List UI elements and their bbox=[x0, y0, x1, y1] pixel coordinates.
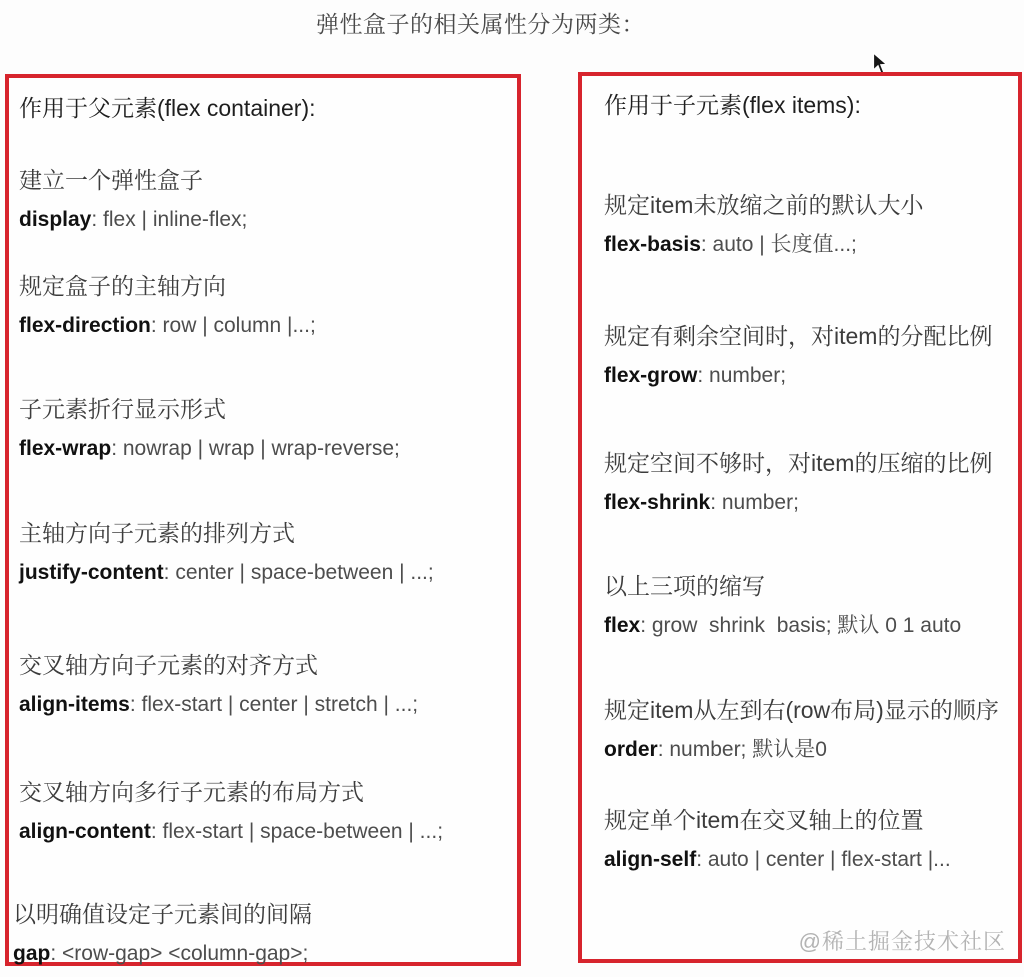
property-description: 交叉轴方向多行子元素的布局方式 bbox=[19, 772, 515, 812]
property-description: 规定空间不够时，对item的压缩的比例 bbox=[604, 443, 1016, 483]
property-description: 建立一个弹性盒子 bbox=[19, 160, 515, 200]
property-code: order: number; 默认是0 bbox=[604, 730, 1016, 770]
panel-header: 作用于父元素(flex container): bbox=[19, 93, 515, 123]
property-description: 规定盒子的主轴方向 bbox=[19, 266, 515, 306]
property-values: : flex-start | center | stretch | ...; bbox=[130, 693, 418, 716]
property-name: flex-basis bbox=[604, 233, 701, 256]
property-group-flex-wrap: 子元素折行显示形式 flex-wrap: nowrap | wrap | wra… bbox=[19, 389, 515, 469]
property-name: flex-shrink bbox=[604, 491, 710, 514]
property-values: : grow shrink basis; 默认 0 1 auto bbox=[640, 614, 961, 637]
property-name: align-self bbox=[604, 848, 696, 871]
property-code: gap: <row-gap> <column-gap>; bbox=[13, 934, 515, 974]
property-code: flex-direction: row | column |...; bbox=[19, 306, 515, 346]
property-group-align-items: 交叉轴方向子元素的对齐方式 align-items: flex-start | … bbox=[19, 645, 515, 725]
property-name: flex-direction bbox=[19, 314, 151, 337]
property-code: align-items: flex-start | center | stret… bbox=[19, 685, 515, 725]
property-group-gap: 以明确值设定子元素间的间隔 gap: <row-gap> <column-gap… bbox=[13, 894, 515, 974]
property-values: : flex-start | space-between | ...; bbox=[151, 820, 443, 843]
watermark: @稀土掘金技术社区 bbox=[799, 925, 1006, 956]
property-values: : center | space-between | ...; bbox=[164, 561, 434, 584]
property-values: : auto | center | flex-start |... bbox=[696, 848, 950, 871]
property-code: justify-content: center | space-between … bbox=[19, 553, 515, 593]
property-name: flex-grow bbox=[604, 364, 697, 387]
property-name: justify-content bbox=[19, 561, 164, 584]
property-name: gap bbox=[13, 942, 50, 965]
property-values: : <row-gap> <column-gap>; bbox=[50, 942, 308, 965]
property-group-flex-shorthand: 以上三项的缩写 flex: grow shrink basis; 默认 0 1 … bbox=[604, 566, 1016, 646]
property-group-justify-content: 主轴方向子元素的排列方式 justify-content: center | s… bbox=[19, 513, 515, 593]
property-group-flex-shrink: 规定空间不够时，对item的压缩的比例 flex-shrink: number; bbox=[604, 443, 1016, 523]
property-name: flex bbox=[604, 614, 640, 637]
flex-items-panel: 作用于子元素(flex items): 规定item未放缩之前的默认大小 fle… bbox=[578, 72, 1022, 963]
property-group-order: 规定item从左到右(row布局)显示的顺序 order: number; 默认… bbox=[604, 690, 1016, 770]
property-description: 以明确值设定子元素间的间隔 bbox=[13, 894, 515, 934]
property-group-flex-direction: 规定盒子的主轴方向 flex-direction: row | column |… bbox=[19, 266, 515, 346]
page-title: 弹性盒子的相关属性分为两类： bbox=[316, 6, 645, 39]
property-values: : row | column |...; bbox=[151, 314, 316, 337]
property-code: align-self: auto | center | flex-start |… bbox=[604, 840, 1016, 880]
property-code: flex-grow: number; bbox=[604, 356, 1016, 396]
property-group-flex-grow: 规定有剩余空间时，对item的分配比例 flex-grow: number; bbox=[604, 316, 1016, 396]
property-name: align-items bbox=[19, 693, 130, 716]
property-description: 规定单个item在交叉轴上的位置 bbox=[604, 800, 1016, 840]
property-description: 交叉轴方向子元素的对齐方式 bbox=[19, 645, 515, 685]
property-values: : number; bbox=[697, 364, 786, 387]
property-group-display: 建立一个弹性盒子 display: flex | inline-flex; bbox=[19, 160, 515, 240]
panel-header: 作用于子元素(flex items): bbox=[604, 90, 1016, 120]
property-values: : flex | inline-flex; bbox=[91, 208, 247, 231]
property-description: 子元素折行显示形式 bbox=[19, 389, 515, 429]
property-code: align-content: flex-start | space-betwee… bbox=[19, 812, 515, 852]
property-values: : number; bbox=[710, 491, 799, 514]
property-code: display: flex | inline-flex; bbox=[19, 200, 515, 240]
property-name: flex-wrap bbox=[19, 437, 111, 460]
property-code: flex-shrink: number; bbox=[604, 483, 1016, 523]
property-group-flex-basis: 规定item未放缩之前的默认大小 flex-basis: auto | 长度值.… bbox=[604, 185, 1016, 265]
property-code: flex: grow shrink basis; 默认 0 1 auto bbox=[604, 606, 1016, 646]
property-code: flex-wrap: nowrap | wrap | wrap-reverse; bbox=[19, 429, 515, 469]
property-description: 以上三项的缩写 bbox=[604, 566, 1016, 606]
property-name: order bbox=[604, 738, 658, 761]
property-values: : auto | 长度值...; bbox=[701, 233, 857, 256]
property-values: : number; 默认是0 bbox=[658, 738, 827, 761]
property-group-align-content: 交叉轴方向多行子元素的布局方式 align-content: flex-star… bbox=[19, 772, 515, 852]
property-name: align-content bbox=[19, 820, 151, 843]
property-description: 规定item未放缩之前的默认大小 bbox=[604, 185, 1016, 225]
property-description: 主轴方向子元素的排列方式 bbox=[19, 513, 515, 553]
property-description: 规定有剩余空间时，对item的分配比例 bbox=[604, 316, 1016, 356]
property-values: : nowrap | wrap | wrap-reverse; bbox=[111, 437, 400, 460]
property-name: display bbox=[19, 208, 91, 231]
flex-container-panel: 作用于父元素(flex container): 建立一个弹性盒子 display… bbox=[5, 74, 521, 966]
property-group-align-self: 规定单个item在交叉轴上的位置 align-self: auto | cent… bbox=[604, 800, 1016, 880]
property-code: flex-basis: auto | 长度值...; bbox=[604, 225, 1016, 265]
property-description: 规定item从左到右(row布局)显示的顺序 bbox=[604, 690, 1016, 730]
